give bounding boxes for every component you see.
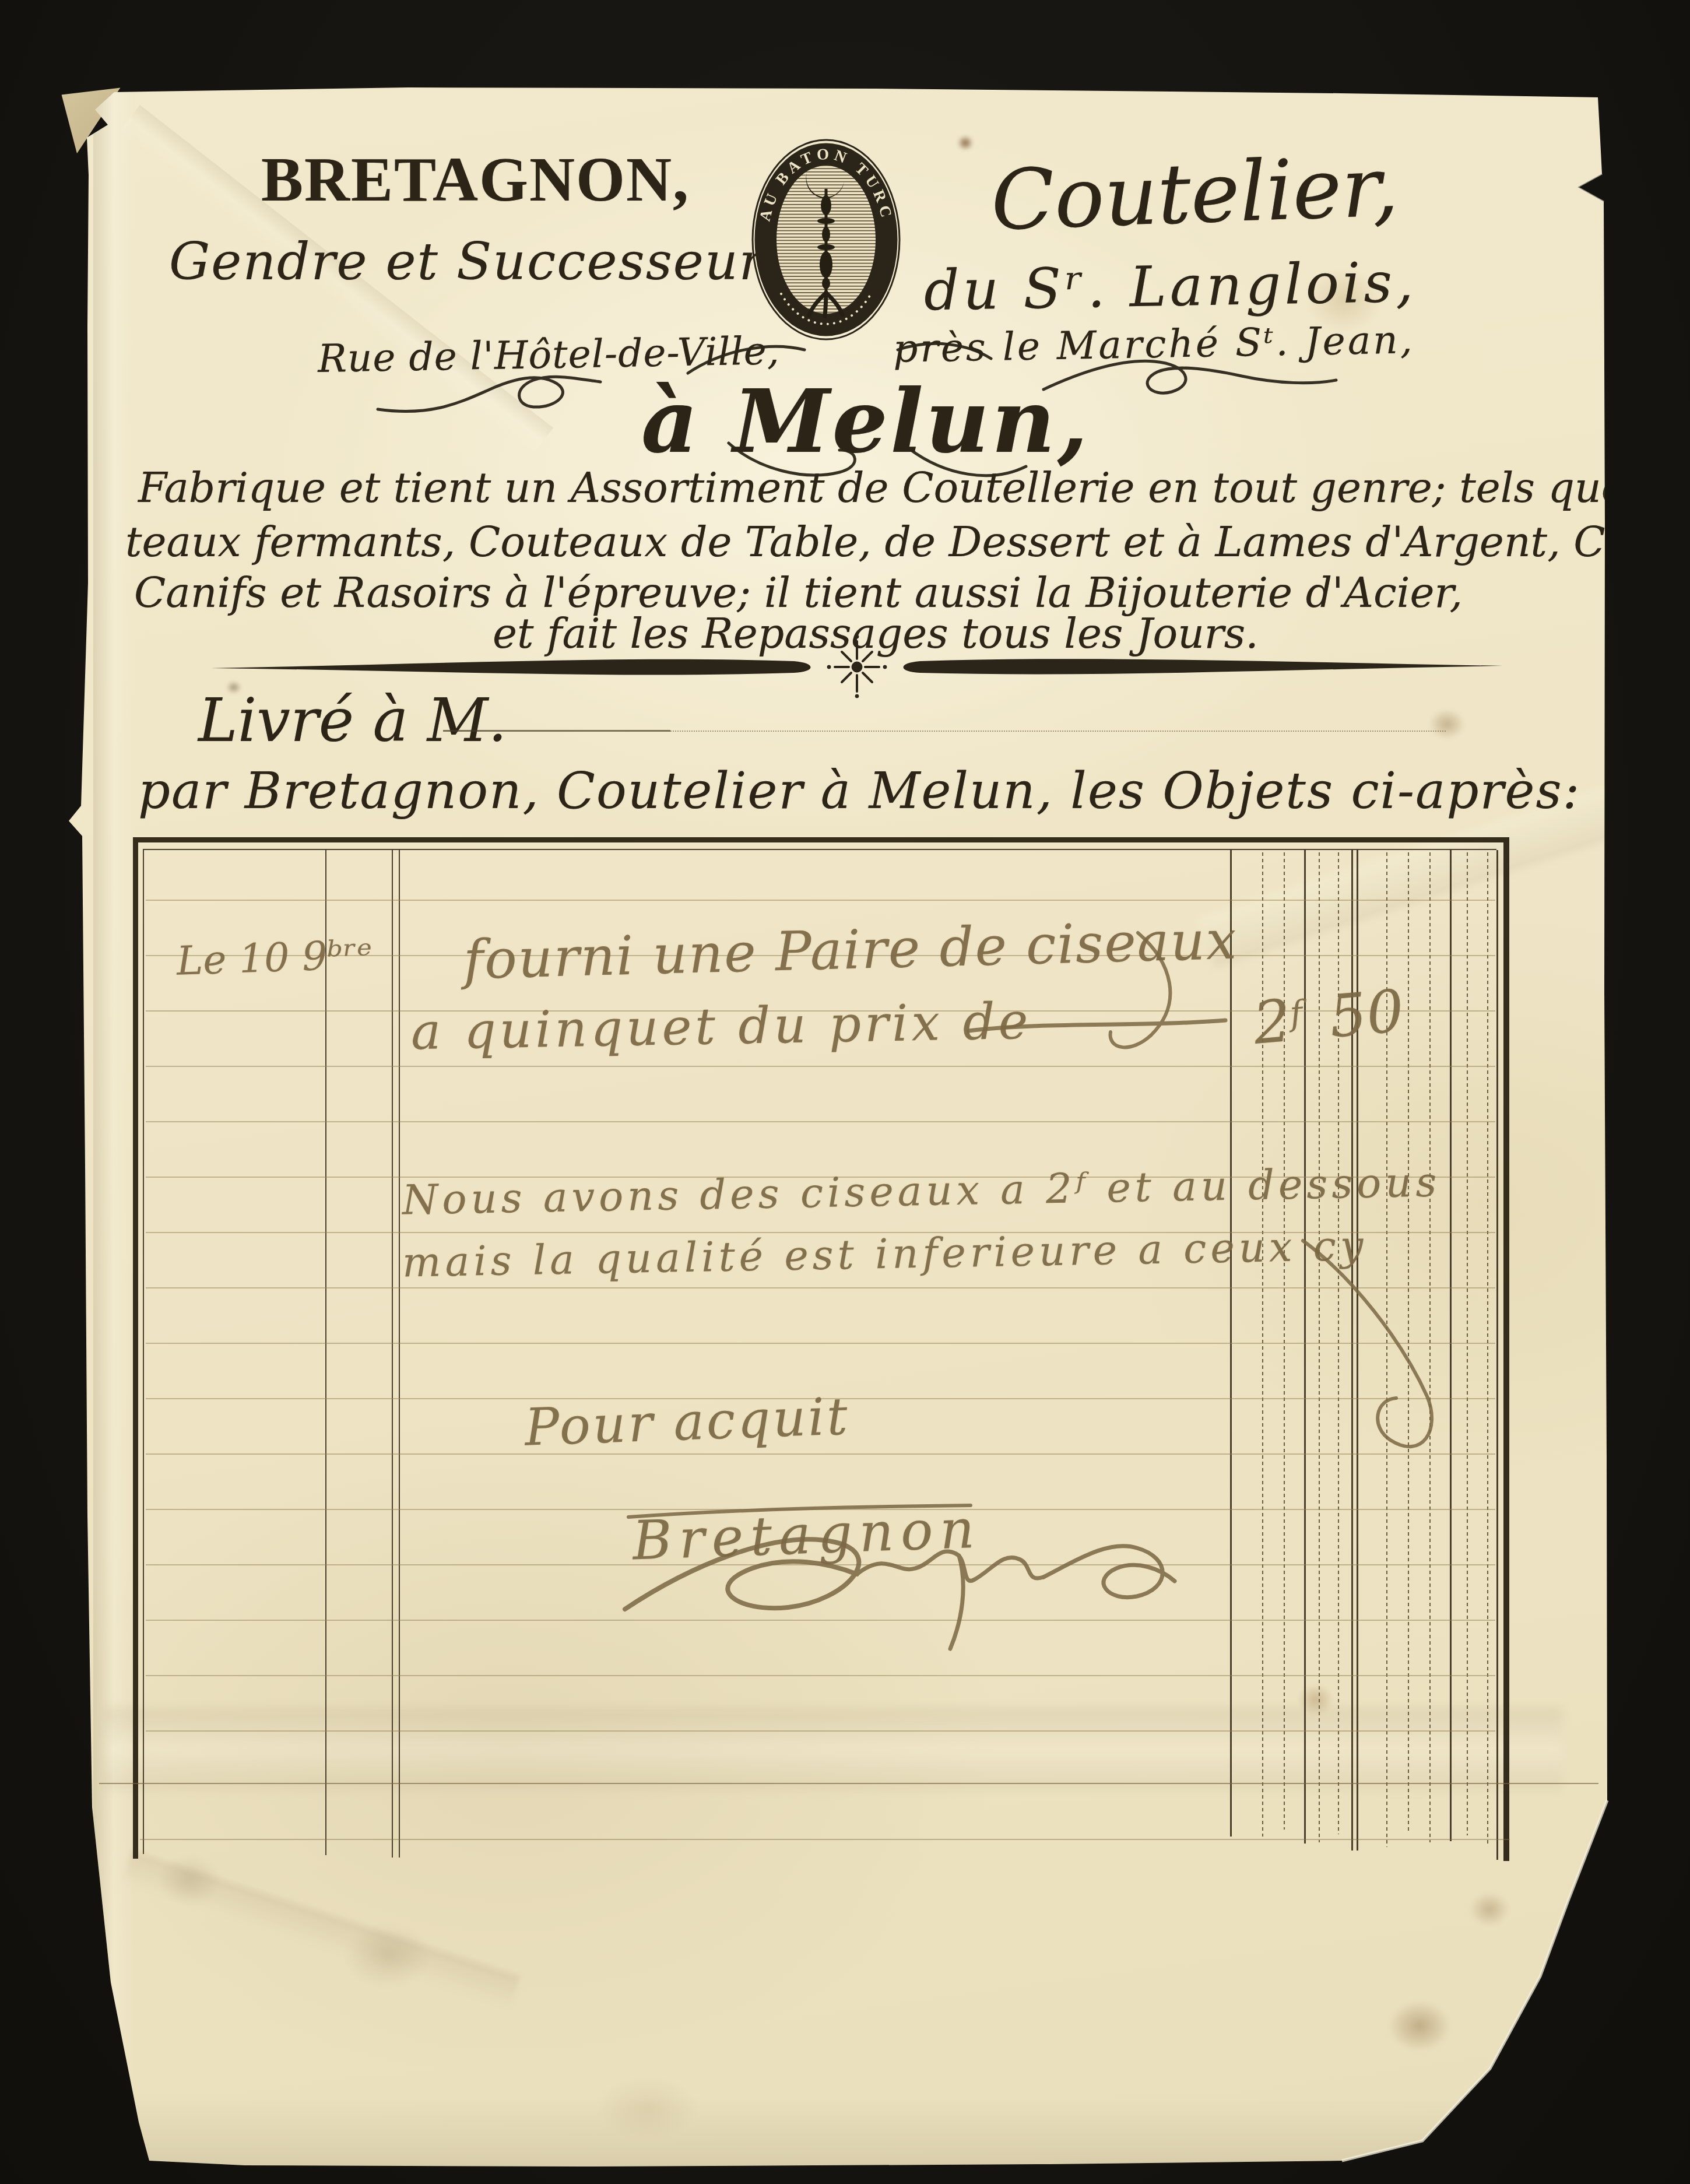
torn-edge-highlight	[0, 0, 1690, 2184]
scan-background: BRETAGNON, Coutelier, AU BATON TURC	[0, 0, 1690, 2184]
